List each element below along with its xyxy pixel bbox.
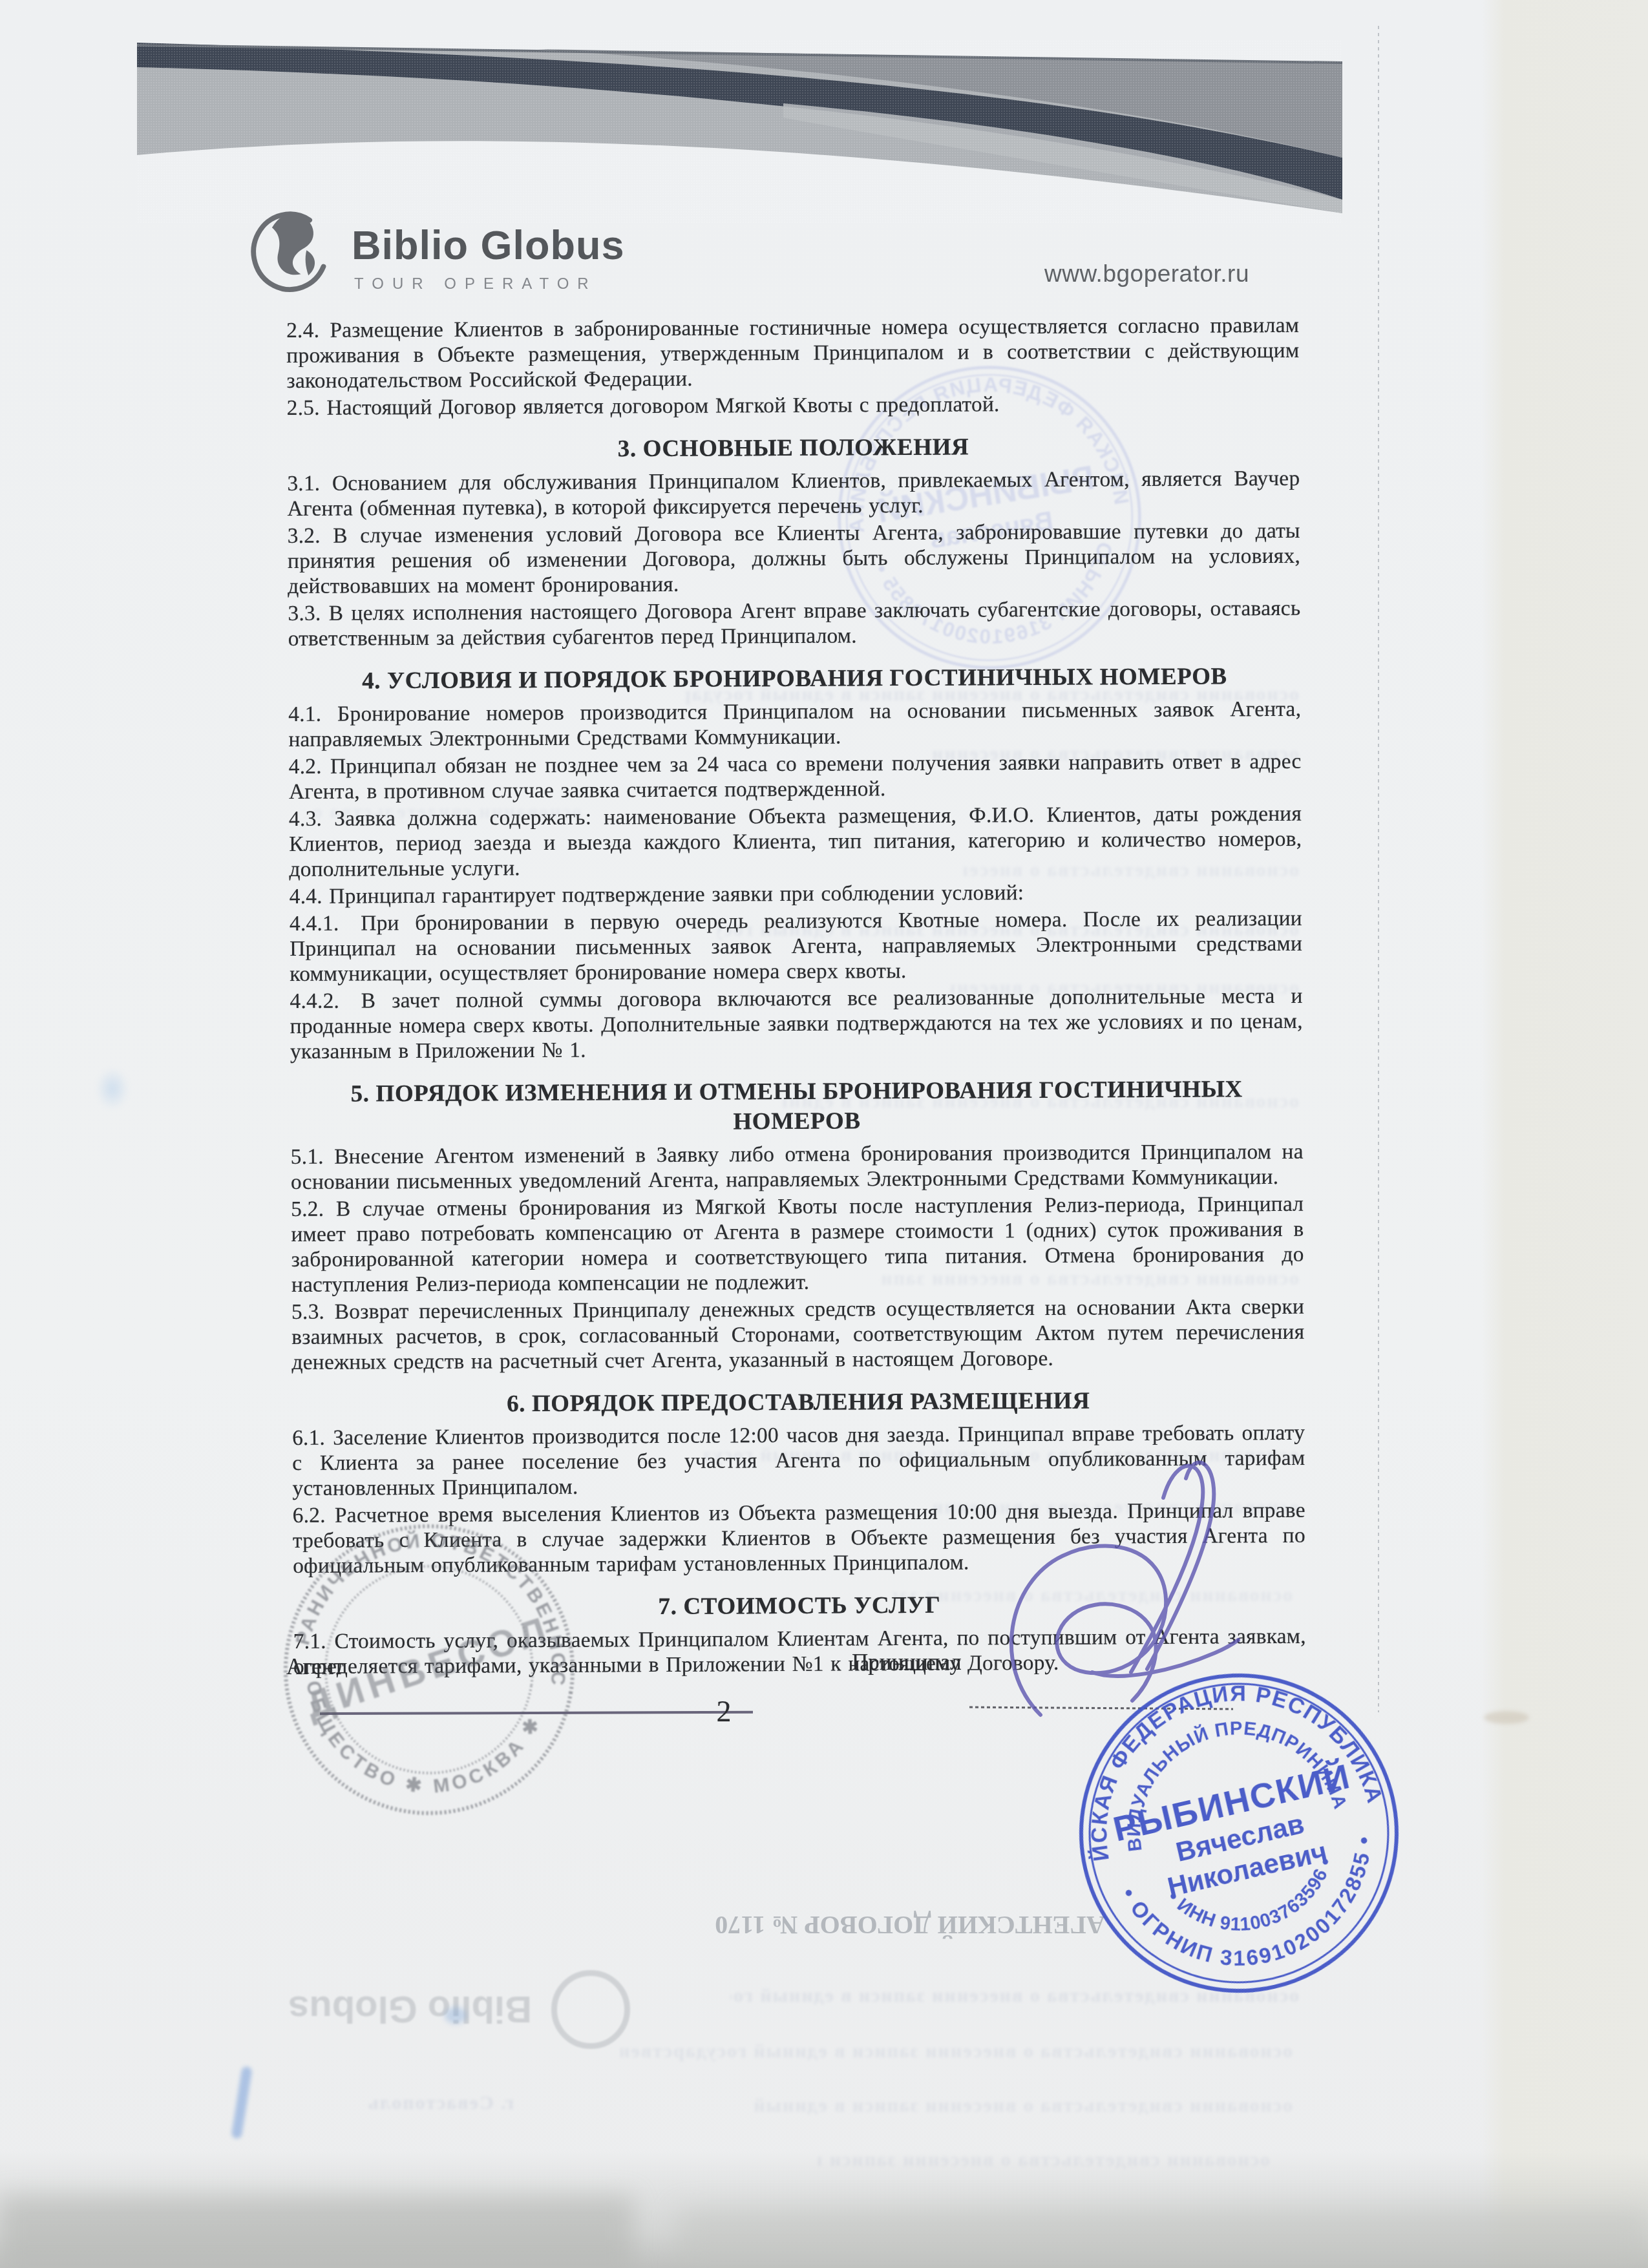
agent-company-stamp: С ОГРАНИЧЕННОЙ ОТВЕТСТВЕННОСТЬЮ ОБЩЕСТВО… — [255, 1495, 604, 1844]
paper-smudge — [1484, 1711, 1529, 1724]
ink-smudge — [231, 2066, 252, 2139]
scanned-contract-page: Biblio Globus TOUR OPERATOR www.bgoperat… — [0, 0, 1648, 2268]
agent-stamp-center-text: ДИНВЕСОЛ — [301, 1608, 556, 1727]
bleedthrough-text-line: г. Севастополь — [294, 2092, 514, 2114]
contract-paragraph: 3.2. В случае изменения условий Договора… — [288, 518, 1301, 599]
brand-logo-text: Biblio Globus TOUR OPERATOR — [352, 205, 624, 293]
brand-tagline: TOUR OPERATOR — [354, 275, 624, 293]
ink-smudge — [96, 1067, 129, 1110]
brand-logo: Biblio Globus TOUR OPERATOR — [247, 205, 624, 308]
bleedthrough-logo: Biblio Globus — [242, 1964, 630, 2055]
bleedthrough-logo-text: Biblio Globus — [288, 1988, 532, 2032]
contract-paragraph: 3.3. В целях исполнения настоящего Догов… — [288, 596, 1300, 651]
contract-paragraph: 4.4.2. В зачет полной суммы договора вкл… — [290, 983, 1303, 1064]
page-number: 2 — [698, 1694, 750, 1728]
contract-paragraph: 4.4. Принципал гарантирует подтверждение… — [290, 879, 1302, 909]
contract-paragraph: 5.2. В случае отмены бронирования из Мяг… — [291, 1192, 1304, 1297]
contract-paragraph: 4.1. Бронирование номеров производится П… — [288, 697, 1301, 752]
scan-artifact-line — [1378, 26, 1379, 1712]
section-heading: 5. ПОРЯДОК ИЗМЕНЕНИЯ И ОТМЕНЫ БРОНИРОВАН… — [290, 1075, 1303, 1139]
contract-paragraph: 4.3. Заявка должна содержать: наименован… — [289, 801, 1302, 882]
section-heading: 6. ПОРЯДОК ПРЕДОСТАВЛЕНИЯ РАЗМЕЩЕНИЯ — [292, 1385, 1305, 1420]
scan-right-edge — [1481, 0, 1648, 2268]
contract-paragraph: 4.2. Принципал обязан не позднее чем за … — [289, 749, 1302, 804]
bleedthrough-text-line: основании свидетельства о внесении запис… — [620, 2041, 1293, 2063]
contract-paragraph: 4.4.1. При бронировании в первую очередь… — [290, 906, 1303, 987]
bleedthrough-text-line: основании свидетельства о внесении запис… — [750, 2095, 1293, 2117]
ink-smudge — [445, 2007, 467, 2024]
contract-paragraph: 2.5. Настоящий Договор является договоро… — [287, 390, 1300, 421]
contract-paragraph: 5.3. Возврат перечисленных Принципалу де… — [291, 1294, 1305, 1375]
principal-signature-label: Принципал — [852, 1650, 962, 1675]
section-heading: 4. УСЛОВИЯ И ПОРЯДОК БРОНИРОВАНИЯ ГОСТИН… — [288, 662, 1301, 697]
brand-logo-icon — [247, 205, 335, 308]
website-url: www.bgoperator.ru — [1044, 260, 1249, 288]
bleedthrough-contract-title: АГЕНТСКИЙ ДОГОВОР № 1170 — [690, 1910, 1130, 1940]
contract-paragraph: 5.1. Внесение Агентом изменений в Заявку… — [291, 1139, 1304, 1195]
scan-bottom-smudge — [679, 2210, 1648, 2268]
brand-name: Biblio Globus — [352, 222, 624, 269]
section-heading: 3. ОСНОВНЫЕ ПОЛОЖЕНИЯ — [287, 431, 1300, 466]
bleedthrough-logo-icon — [551, 1970, 630, 2049]
contract-paragraph: 2.4. Размещение Клиентов в забронированн… — [286, 313, 1300, 394]
scan-bottom-smudge — [0, 2196, 633, 2268]
contract-paragraph: 3.1. Основанием для обслуживания Принцип… — [287, 466, 1300, 521]
header-banner — [137, 40, 1342, 224]
